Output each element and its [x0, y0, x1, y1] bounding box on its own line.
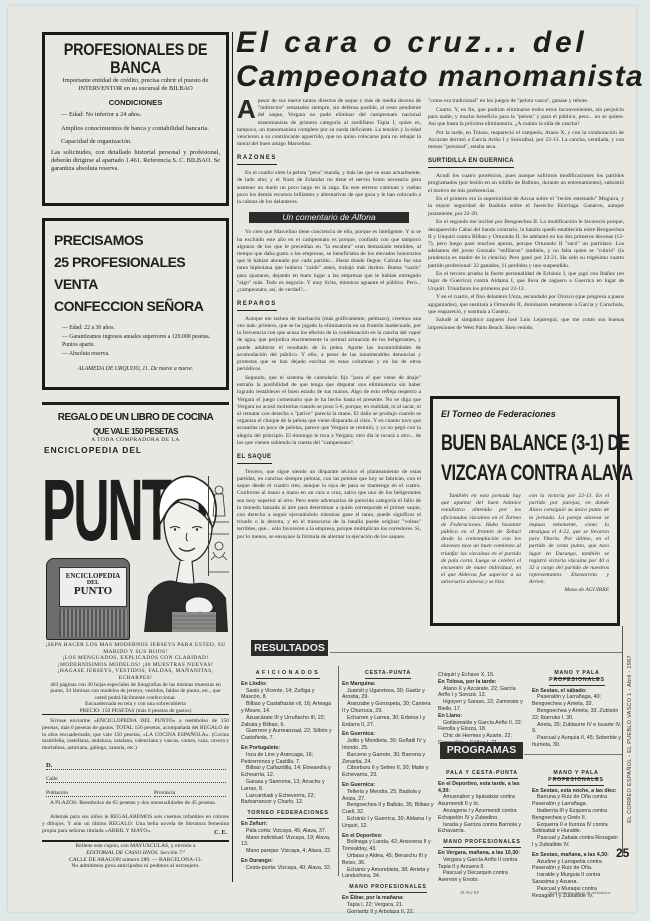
- banca-condition: Amplios conocimientos de banca y contabi…: [61, 125, 220, 133]
- result-venue: En Llodio:: [241, 681, 335, 688]
- article-column-2: A pesar de sus nueve tantos directos de …: [237, 98, 421, 542]
- programas-rule: [524, 754, 622, 755]
- mano-pala-title: MANO Y PALA PROFESIONALES: [549, 670, 605, 686]
- result-line: Arieta, 35; Zubiaurre IV e Isuarte IV, 9…: [532, 722, 622, 736]
- coupon-field-street[interactable]: Calle: [46, 776, 226, 783]
- banca-condition: Capacidad de organización.: [61, 138, 220, 146]
- coupon-code: C. E.: [214, 830, 227, 836]
- article-paragraph: En el cuadro siete la pelota "peso" mand…: [237, 170, 421, 206]
- result-line: Echarren y Larrea, 30; Erbena I y Erdarr…: [342, 715, 434, 729]
- punto-ad-top-rule: [42, 402, 229, 405]
- punto-coupon-intro: Sírvase enviarme «ENCICLOPEDIA DEL PUNTO…: [42, 718, 229, 752]
- mail-line: CALLE DE ARAGON número 289. — BARCELONA-…: [42, 857, 229, 864]
- resultados-label: RESULTADOS: [254, 642, 325, 654]
- torneo-signature: Mano de AGUIRRE: [529, 587, 609, 594]
- result-venue: En Guernica:: [342, 782, 434, 789]
- torneo-col-1: También en esta jornada hay que apuntar …: [441, 493, 521, 594]
- coupon-field-name[interactable]: D.: [46, 762, 226, 770]
- result-venue: En Tolosa, por la tarde:: [438, 679, 526, 686]
- result-line: Pala corta: Vizcaya, 45; Alava, 37.: [241, 828, 335, 835]
- venta-ad-address: ALAMEDA DE URQUIJO, 11. De nueve a nueve…: [54, 365, 217, 373]
- result-line: Garasa y Sanroma, 13; Arrachu y Larras, …: [241, 779, 335, 793]
- punto-ad-pitch: ¡SEPA HACER LOS MAS MODERNOS JERSEYS PAR…: [42, 642, 229, 715]
- coupon-field-city-label: Población: [46, 790, 68, 796]
- result-line: Guerrero y Aurreanzaal, 22; Silbón y Cas…: [241, 728, 335, 742]
- result-line: Mano parejas: Vizcaya, 4; Alava, 22.: [241, 848, 335, 855]
- bottom-left-code: JR 962 RP: [460, 890, 479, 895]
- program-line: Iraralde y Murguia II contra Sarasima y …: [532, 872, 620, 886]
- result-venue: En Marquina:: [342, 681, 434, 688]
- programas-column-a: PALA Y CESTA-PUNTA En el Deportivo, esta…: [438, 766, 526, 884]
- banca-ad-title: PROFESIONALES DE BANCA: [51, 41, 220, 78]
- article-paragraph: Tercero, que sigue siendo un disparate t…: [237, 469, 421, 541]
- result-line: Barceno y Garrete, 30; Barrena y Zenarit…: [342, 752, 434, 766]
- book-label-3: PUNTO: [60, 586, 126, 597]
- article-column-3: "como era tradicional" en los juegos de …: [428, 98, 624, 333]
- results-divider: [338, 666, 339, 876]
- program-line: Vergara y García Ariño II contra Tapia I…: [438, 857, 526, 871]
- column-divider: [232, 32, 233, 882]
- torneo-federaciones-title: TORNEO FEDERACIONES: [247, 810, 328, 819]
- article-paragraph: pesar de sus nueve tantos directos de sa…: [237, 98, 421, 148]
- result-venue: En el Deportivo:: [342, 833, 434, 840]
- venta-ad-bullets: — Edad: 22 a 30 años. — Garantizamos ing…: [54, 325, 217, 359]
- result-line: Goitisonalde y García Ariño II, 22; Fier…: [438, 720, 526, 734]
- punto-book-illustration: ENCICLOPEDIA DEL PUNTO: [46, 558, 130, 640]
- book-label-1: ENCICLOPEDIA: [60, 572, 126, 580]
- headline-line-2: Campeonato manomanista: [236, 60, 628, 94]
- page-number: 25: [616, 846, 629, 860]
- pattern-sketches: [208, 476, 228, 576]
- program-venue: En Vergara, mañana, a las 10,30:: [438, 850, 526, 857]
- program-line: Pascual y Decarquin contra Axervon y Err…: [438, 870, 526, 884]
- result-line: Bilbao y Cañazdilla, 14; Etxeandía y Ech…: [241, 765, 335, 779]
- result-line: Tellería y Mendía, 25; Badiola y Aniza, …: [342, 789, 434, 803]
- article-paragraph: Yo creo que Marcelino tiene conciencia d…: [237, 229, 421, 294]
- results-column-c: Chiquiri y Echave X, 15. En Tolosa, por …: [438, 672, 526, 747]
- punto-ad-brand-top: ENCICLOPEDIA DEL: [42, 445, 229, 455]
- coupon-field-province-label: Provincia: [154, 790, 175, 796]
- torneo-box: El Torneo de Federaciones BUEN BALANCE (…: [430, 396, 620, 626]
- result-line: Bengoechea y Arrieta, 33. Zubisón 22; Ib…: [532, 708, 622, 722]
- result-line: Echániz y Amorebieta, 38; Arrieta y Land…: [342, 867, 434, 881]
- coupon-field-street-label: Calle: [46, 776, 58, 782]
- pitch-line: ¡LOS MENGUADOS, EXPLICADOS CON CLARIDAD!: [42, 655, 229, 662]
- result-line: Sasiú y Vicente, 14; Zuñiga y Mascón, 8.: [241, 688, 335, 702]
- result-line: Paseralón y Larrañaga, 40; Bengoechea y …: [532, 694, 622, 708]
- banca-condition: — Edad: No inferior a 24 años.: [61, 111, 220, 119]
- coupon-field-province[interactable]: Provincia: [154, 790, 226, 797]
- article-paragraph: "como era tradicional" en los juegos de …: [428, 98, 624, 105]
- article-paragraph: En el tercero prueba la fuerte personali…: [428, 271, 624, 293]
- program-venue: En Sestao, mañana, a las 4,30:: [532, 852, 620, 859]
- result-venue: En Guernica:: [342, 731, 434, 738]
- result-venue: En Sestao, el sábado:: [532, 688, 622, 695]
- banca-ad-intro: Importante entidad de crédito, precisa c…: [51, 77, 220, 93]
- result-line: Atano X y Azcárate, 22; García Ariño I y…: [438, 686, 526, 700]
- section-guernica: SURTIDILLA EN GUERNICA: [428, 158, 514, 168]
- dropcap: A: [237, 98, 256, 120]
- result-line: Juaristi y Ugaretxea, 30; Gastiz y Arost…: [342, 688, 434, 702]
- venta-bullet: — Absoluta reserva.: [62, 351, 217, 358]
- punto-ad-subheadline: QUE VALE 150 PESETAS: [42, 427, 229, 436]
- resultados-rule: [330, 652, 622, 653]
- result-venue: En Portugalete:: [241, 745, 335, 752]
- coupon-extra: Además para sus niños le REGALAREMOS sei…: [42, 814, 229, 836]
- resultados-band: RESULTADOS: [251, 640, 328, 656]
- article-paragraph: Por la tarde, en Tolosa, reapareció el c…: [428, 130, 624, 152]
- main-headline: El cara o cruz... del Campeonato manoman…: [236, 26, 628, 94]
- bottom-right-note: Arad puitoana micro de reihamatic: [548, 890, 611, 895]
- torneo-col-2: con la victoria por 22-13. En el partido…: [529, 493, 609, 587]
- results-column-a: AFICIONADOS En Llodio: Sasiú y Vicente, …: [241, 666, 335, 872]
- coupon-mail: Rellene este cupón, con MAYUSCULAS, y en…: [42, 843, 229, 870]
- programas-band: PROGRAMAS: [440, 742, 523, 759]
- banca-ad-footer: Las solicitudes, con detallado historial…: [51, 149, 220, 174]
- aficionados-title: AFICIONADOS: [256, 670, 321, 679]
- result-line: Bengoechea II y Balbás, 35; Bilbao y Cue…: [342, 802, 434, 816]
- comment-band-label: Un comentario de Alfona: [282, 212, 375, 222]
- article-paragraph: Acudí los cuatro protésicos, pues aunque…: [428, 173, 624, 195]
- result-line: Pascual y Aurquia II, 45; Soberbie y Itu…: [532, 735, 622, 749]
- result-line: Bolinaga y Landa, 42; Ansorena II y Torr…: [342, 839, 434, 853]
- newspaper-page: PROFESIONALES DE BANCA Importante entida…: [8, 6, 636, 912]
- result-line: Urbasa y Aldea, 45; Beraschu III y Beiso…: [342, 853, 434, 867]
- punto-ad-headline: REGALO DE UN LIBRO DE COCINA: [42, 412, 229, 423]
- punto-coupon-rule: [42, 714, 229, 715]
- programas-mano-prof-title: MANO PROFESIONALES: [443, 839, 520, 848]
- mail-line: No admitimos giros anticipados ni pedimo…: [42, 863, 229, 870]
- programas-mano-pala-title: MANO Y PALA PROFESIONALES: [548, 770, 604, 786]
- program-line: Azurline y Larrapetia contra Paseralón y…: [532, 859, 620, 873]
- venta-ad-line: PRECISAMOS: [54, 229, 217, 251]
- result-venue: En Zeñuri:: [241, 821, 335, 828]
- result-line: Inza de Lino y Arancaga, 16; Pedrerrenza…: [241, 752, 335, 766]
- result-line: Julito y Mendieta, 30; Goñatli IV y Irio…: [342, 738, 434, 752]
- result-line: Gorriaritz II y Arbolaza II, 22.: [342, 909, 434, 916]
- result-venue: En Llano:: [438, 713, 526, 720]
- program-line: Anzagena I y Azurmendi contra Echapelón …: [438, 808, 526, 822]
- coupon-field-city[interactable]: Población: [46, 790, 151, 797]
- torneo-headline-2: VIZCAYA CONTRA ALAVA: [441, 457, 609, 489]
- result-line: Mano individual: Vizcaya, 19; Alava, 13.: [241, 835, 335, 849]
- programas-column-b: MANO Y PALA PROFESIONALES En Sestao, est…: [532, 766, 620, 899]
- venta-bullet: — Edad: 22 a 30 años.: [62, 325, 217, 332]
- mail-line: Rellene este cupón, con MAYUSCULAS, y en…: [42, 843, 229, 850]
- result-venue: En Éibar, por la mañana:: [342, 895, 434, 902]
- result-line: Aranzabe y Gorospeta, 30; Cantera II y C…: [342, 701, 434, 715]
- result-venue: En Durango:: [241, 858, 335, 865]
- program-line: Iurada y Garriza contra Barriola y Echav…: [438, 822, 526, 836]
- pitch-line: 483 páginas con 30 hojas especiales de f…: [42, 682, 229, 702]
- torneo-headline-1: BUEN BALANCE (3-1) DE: [441, 427, 609, 459]
- article-paragraph: Aunque me tachen de machacón (más gráfic…: [237, 316, 421, 374]
- program-line: Ezquerra II e Iturriza IV contra Sobisab…: [532, 822, 620, 836]
- program-venue: En Sestao, esta noche, a las diez:: [532, 788, 620, 795]
- venta-ad-line: CONFECCION SEÑORA: [54, 295, 217, 317]
- result-line: Ciborburu II y Setien II, 30; Maite y Ec…: [342, 765, 434, 779]
- result-line: Cesta-punta: Vizcaya, 40; Alava, 32.: [241, 865, 335, 872]
- mail-line: EDITORIAL DE CASSO HNOS. Sección 7.ª: [42, 850, 229, 857]
- program-line: Ibaberria III y Ezquerra contra Bengoech…: [532, 808, 620, 822]
- program-venue: En el Deportivo, esta tarde, a las 4,30:: [438, 781, 526, 795]
- article-paragraph: En el segundo me incliné por Bengoechea …: [428, 219, 624, 269]
- result-line: Echániz I y Guerrica, 30; Aldama I y Urq…: [342, 816, 434, 830]
- mano-profesionales-title: MANO PROFESIONALES: [349, 884, 426, 893]
- result-line: Lazcarduak y Echeverría, 22; Barbarrance…: [241, 793, 335, 807]
- article-paragraph: Y en el cuarto, el fino delantero Unza, …: [428, 294, 624, 316]
- side-folio: EL CORREO ESPAÑOL - EL PUEBLO VASCO 1 - …: [622, 626, 632, 856]
- results-column-d: MANO Y PALA PROFESIONALES En Sestao, el …: [532, 666, 622, 749]
- torneo-kicker: El Torneo de Federaciones: [441, 409, 609, 419]
- article-paragraph: Cuarto. Y, en fin, que podrían eliminars…: [428, 107, 624, 129]
- article-paragraph: En el primero era la superioridad de Azc…: [428, 196, 624, 218]
- section-reparos: REPAROS: [237, 301, 277, 311]
- headline-line-1: El cara o cruz... del: [236, 26, 628, 60]
- coupon-field-name-label: D.: [46, 762, 52, 769]
- result-line: Azuacárate III y Urruñacho III, 22; Zaba…: [241, 715, 335, 729]
- venta-ad: PRECISAMOS 25 PROFESIONALES VENTA CONFEC…: [42, 218, 229, 390]
- article-paragraph: Saludé al simpático zaguero José Luis Le…: [428, 317, 624, 331]
- result-line: Irigoyen y Saraso, 22; Zamorate y Biello…: [438, 699, 526, 713]
- section-saque: EL SAQUE: [237, 454, 272, 464]
- venta-ad-line: VENTA: [54, 273, 217, 295]
- result-line: Chiquiri y Echave X, 15.: [438, 672, 526, 679]
- coupon-plazos: A PLAZOS: Reembolso de 65 pesetas y dos …: [42, 800, 229, 807]
- section-razones: RAZONES: [237, 155, 277, 165]
- results-column-b: CESTA-PUNTA En Marquina: Juaristi y Ugar…: [342, 666, 434, 915]
- pala-cesta-title: PALA Y CESTA-PUNTA: [446, 770, 518, 779]
- program-line: Amusnabor y Iquisatxar contra Asurmendi …: [438, 794, 526, 808]
- programas-label: PROGRAMAS: [447, 744, 516, 756]
- banca-ad: PROFESIONALES DE BANCA Importante entida…: [42, 32, 229, 206]
- comment-band: Un comentario de Alfona: [249, 212, 409, 223]
- banca-ad-conditions-title: CONDICIONES: [51, 98, 220, 107]
- pitch-line: ¡SEPA HACER LOS MAS MODERNOS JERSEYS PAR…: [42, 642, 229, 655]
- venta-ad-line: 25 PROFESIONALES: [54, 251, 217, 273]
- program-line: Pascual y Zabala contra Rezagain I y Zub…: [532, 835, 620, 849]
- program-line: Barruna y Ruiz de Oña contra Paseralón y…: [532, 794, 620, 808]
- punto-ad-lead: A TODA COMPRADORA DE LA: [42, 437, 229, 443]
- banca-ad-conditions: — Edad: No inferior a 24 años. Amplios c…: [51, 111, 220, 146]
- result-line: Bilbao y Castañazán vil, 16; Arteaga y M…: [241, 701, 335, 715]
- venta-bullet: — Garantizamos ingresos anuales superior…: [62, 334, 217, 349]
- coupon-mail-rule: [42, 840, 229, 842]
- side-folio-text: EL CORREO ESPAÑOL - EL PUEBLO VASCO 1 - …: [627, 624, 633, 854]
- pitch-line: ¡HAGASE JERSEYS, VESTIDOS, FALDAS, MAÑAN…: [42, 668, 229, 681]
- pitch-line: Encuadernada en tela y con una sobrecubi…: [42, 701, 229, 708]
- result-line: Tapia I, 22; Vergara, 21.: [342, 902, 434, 909]
- cesta-punta-title: CESTA-PUNTA: [365, 670, 411, 679]
- punto-ad: REGALO DE UN LIBRO DE COCINA QUE VALE 15…: [42, 406, 229, 906]
- article-paragraph: Segundo, que el sistema de calendario fi…: [237, 375, 421, 447]
